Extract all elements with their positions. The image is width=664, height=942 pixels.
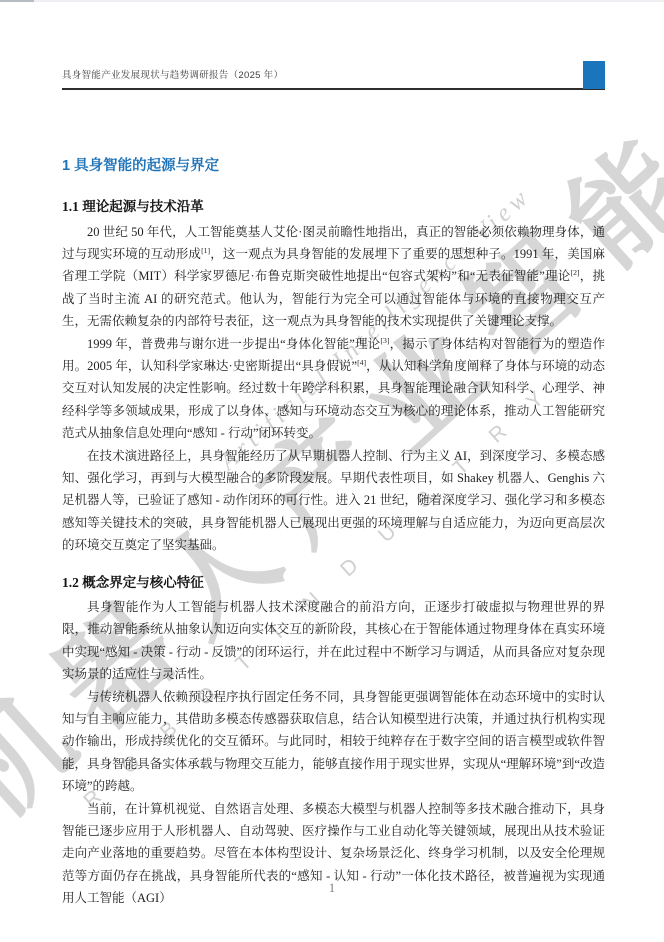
chapter-title: 1 具身智能的起源与界定 — [62, 158, 605, 175]
section-heading-1-2: 1.2 概念界定与核心特征 — [62, 574, 605, 592]
body-paragraph: 在技术演进路径上，具身智能经历了从早期机器人控制、行为主义 AI，到深度学习、多… — [62, 445, 605, 557]
page-number: 1 — [0, 881, 664, 896]
report-page: Artificial Intelligence View 机器人产业智能 R O… — [0, 0, 664, 942]
body-paragraph: 20 世纪 50 年代，人工智能奠基人艾伦·图灵前瞻性地指出，真正的智能必须依赖… — [62, 221, 605, 333]
document-content: 1 具身智能的起源与界定 1.1 理论起源与技术沿革 20 世纪 50 年代，人… — [62, 158, 605, 910]
section-heading-1-1: 1.1 理论起源与技术沿革 — [62, 198, 605, 216]
header-rule — [62, 88, 605, 90]
body-paragraph: 具身智能作为人工智能与机器人技术深度融合的前沿方向，正逐步打破虚拟与物理世界的界… — [62, 596, 605, 686]
page-top-edge — [0, 0, 664, 2]
header-accent-square — [583, 61, 605, 89]
body-paragraph: 1999 年，普费弗与谢尔进一步提出“身体化智能”理论[3]，揭示了身体结构对智… — [62, 333, 605, 445]
header-title: 具身智能产业发展现状与趋势调研报告（2025 年） — [62, 67, 283, 81]
page-top-edge-mark — [0, 0, 34, 2]
body-paragraph: 与传统机器人依赖预设程序执行固定任务不同，具身智能更强调智能体在动态环境中的实时… — [62, 686, 605, 798]
